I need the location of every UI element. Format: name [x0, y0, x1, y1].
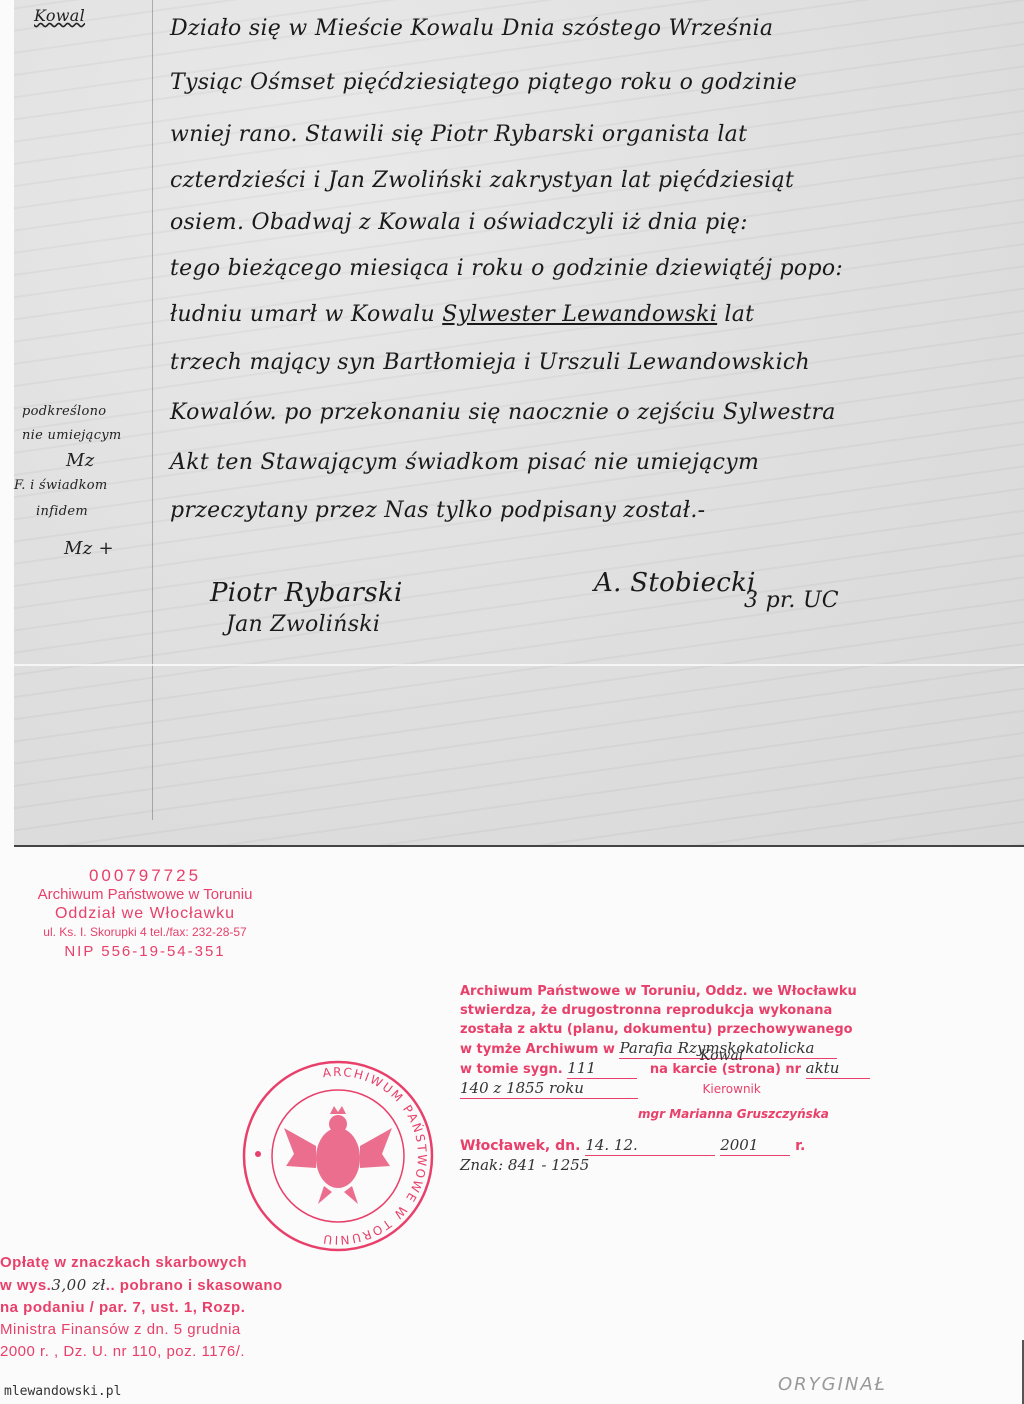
fee-line-3: na podaniu / par. 7, ust. 1, Rozp. — [0, 1297, 283, 1319]
cert-tom-label: w tomie sygn. — [460, 1062, 563, 1077]
eagle-seal-icon: ARCHIWUM PAŃSTWOWE W TORUNIU — [240, 1058, 436, 1254]
cert-line-5: Kowal w tomie sygn. 111 na karcie (stron… — [460, 1059, 870, 1079]
archive-round-seal: ARCHIWUM PAŃSTWOWE W TORUNIU — [240, 1058, 436, 1254]
fee-amount-suffix: .. pobrano i skasowano — [106, 1277, 283, 1294]
fee-line-2: w wys.3,00 zł.. pobrano i skasowano — [0, 1274, 283, 1297]
margin-note-1: podkreślono — [22, 404, 106, 419]
signature-priest-suffix: 3 pr. UC — [744, 588, 839, 613]
site-watermark: mlewandowski.pl — [4, 1384, 121, 1399]
signature-jan-zwolinski: Jan Zwoliński — [226, 612, 380, 637]
stamp-line-2: Oddział we Włocławku — [10, 904, 280, 923]
margin-heading: Kowal — [34, 6, 85, 25]
fee-amount-value: 3,00 zł — [51, 1276, 105, 1294]
record-line-2: Tysiąc Ośmset pięćdziesiątego piątego ro… — [170, 70, 797, 95]
record-line-9: Kowalów. po przekonaniu się naocznie o z… — [170, 400, 836, 425]
cert-reference: Znak: 841 - 1255 — [460, 1156, 870, 1175]
cert-line-2: stwierdza, że drugostronna reprodukcja w… — [460, 1001, 870, 1020]
record-line-5: osiem. Obadwaj z Kowala i oświadczyli iż… — [170, 210, 748, 235]
signature-piotr-rybarski: Piotr Rybarski — [210, 578, 403, 608]
cert-place-label: Włocławek, dn. — [460, 1138, 580, 1154]
fee-line-1: Opłatę w znaczkach skarbowych — [0, 1252, 283, 1274]
margin-note-6: Mz + — [64, 538, 114, 559]
record-line-4: czterdzieści i Jan Zwoliński zakrystyan … — [170, 168, 794, 193]
cert-year-value: 2001 — [720, 1136, 790, 1156]
cert-karta-value: aktu — [806, 1059, 870, 1079]
fee-amount-label: w wys. — [0, 1277, 51, 1294]
photocopied-record: Kowal Działo się w Mieście Kowalu Dnia s… — [14, 0, 1024, 847]
certification-stamp: Archiwum Państwowe w Toruniu, Oddz. we W… — [460, 982, 870, 1175]
margin-note-2: nie umiejącym — [22, 428, 122, 443]
cert-archive-label: w tymże Archiwum w — [460, 1042, 615, 1057]
cert-role: Kierownik — [703, 1082, 761, 1096]
stamp-number: 000797725 — [10, 866, 280, 885]
record-line-7: łudniu umarł w Kowalu Sylwester Lewandow… — [170, 302, 754, 327]
margin-note-4: F. i świadkom — [14, 478, 108, 493]
cert-act-value: 140 z 1855 roku — [460, 1079, 638, 1099]
cert-date-value: 14. 12. — [585, 1136, 715, 1156]
cert-line-3: została z aktu (planu, dokumentu) przech… — [460, 1020, 870, 1039]
underlined-deceased-name: Sylwester Lewandowski — [442, 302, 717, 327]
cert-parish-place: Kowal — [700, 1047, 743, 1066]
stamp-line-4: NIP 556-19-54-351 — [10, 942, 280, 961]
record-line-7-text: łudniu umarł w Kowalu Sylwester Lewandow… — [170, 302, 754, 327]
cert-date-line: Włocławek, dn. 14. 12. 2001 r. — [460, 1136, 870, 1156]
cert-director: mgr Marianna Gruszczyńska — [638, 1105, 870, 1124]
cert-year-suffix: r. — [795, 1138, 805, 1154]
stamp-line-3: ul. Ks. I. Skorupki 4 tel./fax: 232-28-5… — [10, 923, 280, 942]
record-line-1: Działo się w Mieście Kowalu Dnia szósteg… — [170, 16, 773, 41]
record-line-8: trzech mający syn Bartłomieja i Urszuli … — [170, 350, 810, 375]
cert-line-1: Archiwum Państwowe w Toruniu, Oddz. we W… — [460, 982, 870, 1001]
margin-note-3: Mz — [66, 450, 95, 471]
record-line-11: przeczytany przez Nas tylko podpisany zo… — [170, 498, 705, 523]
record-line-10: Akt ten Stawającym świadkom pisać nie um… — [170, 450, 759, 475]
cert-tom-value: 111 — [567, 1059, 637, 1079]
fee-line-4: Ministra Finansów z dn. 5 grudnia — [0, 1319, 283, 1341]
stamp-line-1: Archiwum Państwowe w Toruniu — [10, 885, 280, 904]
record-line-3: wniej rano. Stawili się Piotr Rybarski o… — [170, 122, 747, 147]
margin-note-5: infidem — [36, 504, 88, 519]
record-line-6: tego bieżącego miesiąca i roku o godzini… — [170, 256, 843, 281]
fee-line-5: 2000 r. , Dz. U. nr 110, poz. 1176/. — [0, 1341, 283, 1363]
cert-line-6: 140 z 1855 roku Kierownik — [460, 1079, 870, 1099]
cert-line-4: w tymże Archiwum w Parafia Rzymskokatoli… — [460, 1039, 870, 1059]
signature-priest: A. Stobiecki — [594, 568, 756, 598]
archive-address-stamp: 000797725 Archiwum Państwowe w Toruniu O… — [10, 866, 280, 961]
pencil-original-note: ORYGINAŁ — [778, 1374, 887, 1395]
fee-stamp: Opłatę w znaczkach skarbowych w wys.3,00… — [0, 1252, 283, 1363]
